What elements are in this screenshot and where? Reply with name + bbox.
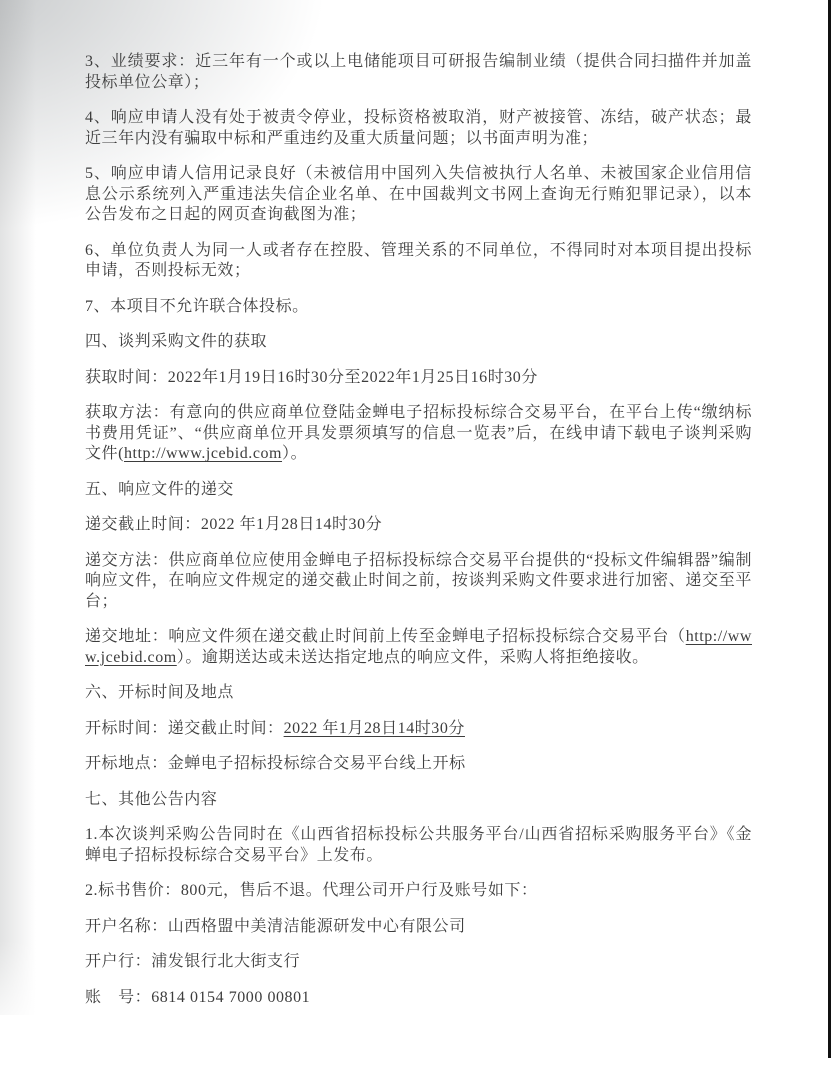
announcement-body: 3、业绩要求：近三年有一个或以上电储能项目可研报告编制业绩（提供合同扫描件并加盖… bbox=[85, 52, 752, 1023]
text-run: 账 号：6814 0154 7000 00801 bbox=[85, 989, 310, 1006]
text-run: 七、其他公告内容 bbox=[85, 791, 217, 808]
text-run: 开标时间：递交截止时间： bbox=[85, 720, 284, 737]
text-run: 开户名称：山西格盟中美清洁能源研发中心有限公司 bbox=[85, 918, 466, 935]
paragraph: 6、单位负责人为同一人或者存在控股、管理关系的不同单位，不得同时对本项目提出投标… bbox=[85, 241, 752, 282]
scan-shadow-left-edge bbox=[0, 0, 36, 1015]
text-run: 五、响应文件的递交 bbox=[85, 481, 234, 498]
paragraph: 账 号：6814 0154 7000 00801 bbox=[85, 988, 752, 1009]
text-run: 1.本次谈判采购公告同时在《山西省招标投标公共服务平台/山西省招标采购服务平台》… bbox=[85, 826, 752, 864]
paragraph: 5、响应申请人信用记录良好（未被信用中国列入失信被执行人名单、未被国家企业信用信… bbox=[85, 164, 752, 226]
text-run: 递交方法：供应商单位应使用金蝉电子招标投标综合交易平台提供的“投标文件编辑器”编… bbox=[85, 552, 752, 610]
text-run: 递交截止时间：2022 年1月28日14时30分 bbox=[85, 516, 382, 533]
text-run: 开标地点：金蝉电子招标投标综合交易平台线上开标 bbox=[85, 755, 466, 772]
paragraph: 4、响应申请人没有处于被责令停业，投标资格被取消，财产被接管、冻结，破产状态；最… bbox=[85, 108, 752, 149]
paragraph: 递交方法：供应商单位应使用金蝉电子招标投标综合交易平台提供的“投标文件编辑器”编… bbox=[85, 551, 752, 613]
paragraph: 获取方法：有意向的供应商单位登陆金蝉电子招标投标综合交易平台，在平台上传“缴纳标… bbox=[85, 403, 752, 465]
text-run: 开户行：浦发银行北大街支行 bbox=[85, 953, 300, 970]
paragraph: 7、本项目不允许联合体投标。 bbox=[85, 297, 752, 318]
text-run: 递交地址：响应文件须在递交截止时间前上传至金蝉电子招标投标综合交易平台（ bbox=[85, 628, 686, 645]
scan-shadow-left-fade bbox=[0, 940, 36, 1040]
section-heading: 六、开标时间及地点 bbox=[85, 683, 752, 704]
text-run: 4、响应申请人没有处于被责令停业，投标资格被取消，财产被接管、冻结，破产状态；最… bbox=[85, 109, 752, 147]
text-run: 2.标书售价：800元，售后不退。代理公司开户行及账号如下： bbox=[85, 882, 538, 899]
scanned-announcement-page: { "page": { "background_color": "#ffffff… bbox=[0, 0, 831, 1076]
text-run: ）。 bbox=[282, 445, 307, 462]
paragraph: 1.本次谈判采购公告同时在《山西省招标投标公共服务平台/山西省招标采购服务平台》… bbox=[85, 825, 752, 866]
paragraph: 开标时间：递交截止时间：2022 年1月28日14时30分 bbox=[85, 719, 752, 740]
section-heading: 四、谈判采购文件的获取 bbox=[85, 332, 752, 353]
section-heading: 七、其他公告内容 bbox=[85, 790, 752, 811]
text-run: 六、开标时间及地点 bbox=[85, 684, 234, 701]
paragraph: 递交地址：响应文件须在递交截止时间前上传至金蝉电子招标投标综合交易平台（http… bbox=[85, 627, 752, 668]
text-run: 获取时间：2022年1月19日16时30分至2022年1月25日16时30分 bbox=[85, 369, 538, 386]
paragraph: 开户行：浦发银行北大街支行 bbox=[85, 952, 752, 973]
section-heading: 五、响应文件的递交 bbox=[85, 480, 752, 501]
text-run: 7、本项目不允许联合体投标。 bbox=[85, 298, 309, 315]
paragraph: 2.标书售价：800元，售后不退。代理公司开户行及账号如下： bbox=[85, 881, 752, 902]
text-run: 5、响应申请人信用记录良好（未被信用中国列入失信被执行人名单、未被国家企业信用信… bbox=[85, 165, 752, 223]
underlined-text: 2022 年1月28日14时30分 bbox=[284, 720, 465, 737]
paragraph: 开户名称：山西格盟中美清洁能源研发中心有限公司 bbox=[85, 917, 752, 938]
paragraph: 递交截止时间：2022 年1月28日14时30分 bbox=[85, 515, 752, 536]
paragraph: 3、业绩要求：近三年有一个或以上电储能项目可研报告编制业绩（提供合同扫描件并加盖… bbox=[85, 52, 752, 93]
text-run: ）。逾期送达或未送达指定地点的响应文件，采购人将拒绝接收。 bbox=[177, 649, 649, 666]
text-run: 6、单位负责人为同一人或者存在控股、管理关系的不同单位，不得同时对本项目提出投标… bbox=[85, 242, 752, 280]
underlined-text: http://www.jcebid.com bbox=[124, 445, 282, 462]
text-run: 3、业绩要求：近三年有一个或以上电储能项目可研报告编制业绩（提供合同扫描件并加盖… bbox=[85, 53, 752, 91]
paragraph: 开标地点：金蝉电子招标投标综合交易平台线上开标 bbox=[85, 754, 752, 775]
text-run: 四、谈判采购文件的获取 bbox=[85, 333, 267, 350]
paragraph: 获取时间：2022年1月19日16时30分至2022年1月25日16时30分 bbox=[85, 368, 752, 389]
